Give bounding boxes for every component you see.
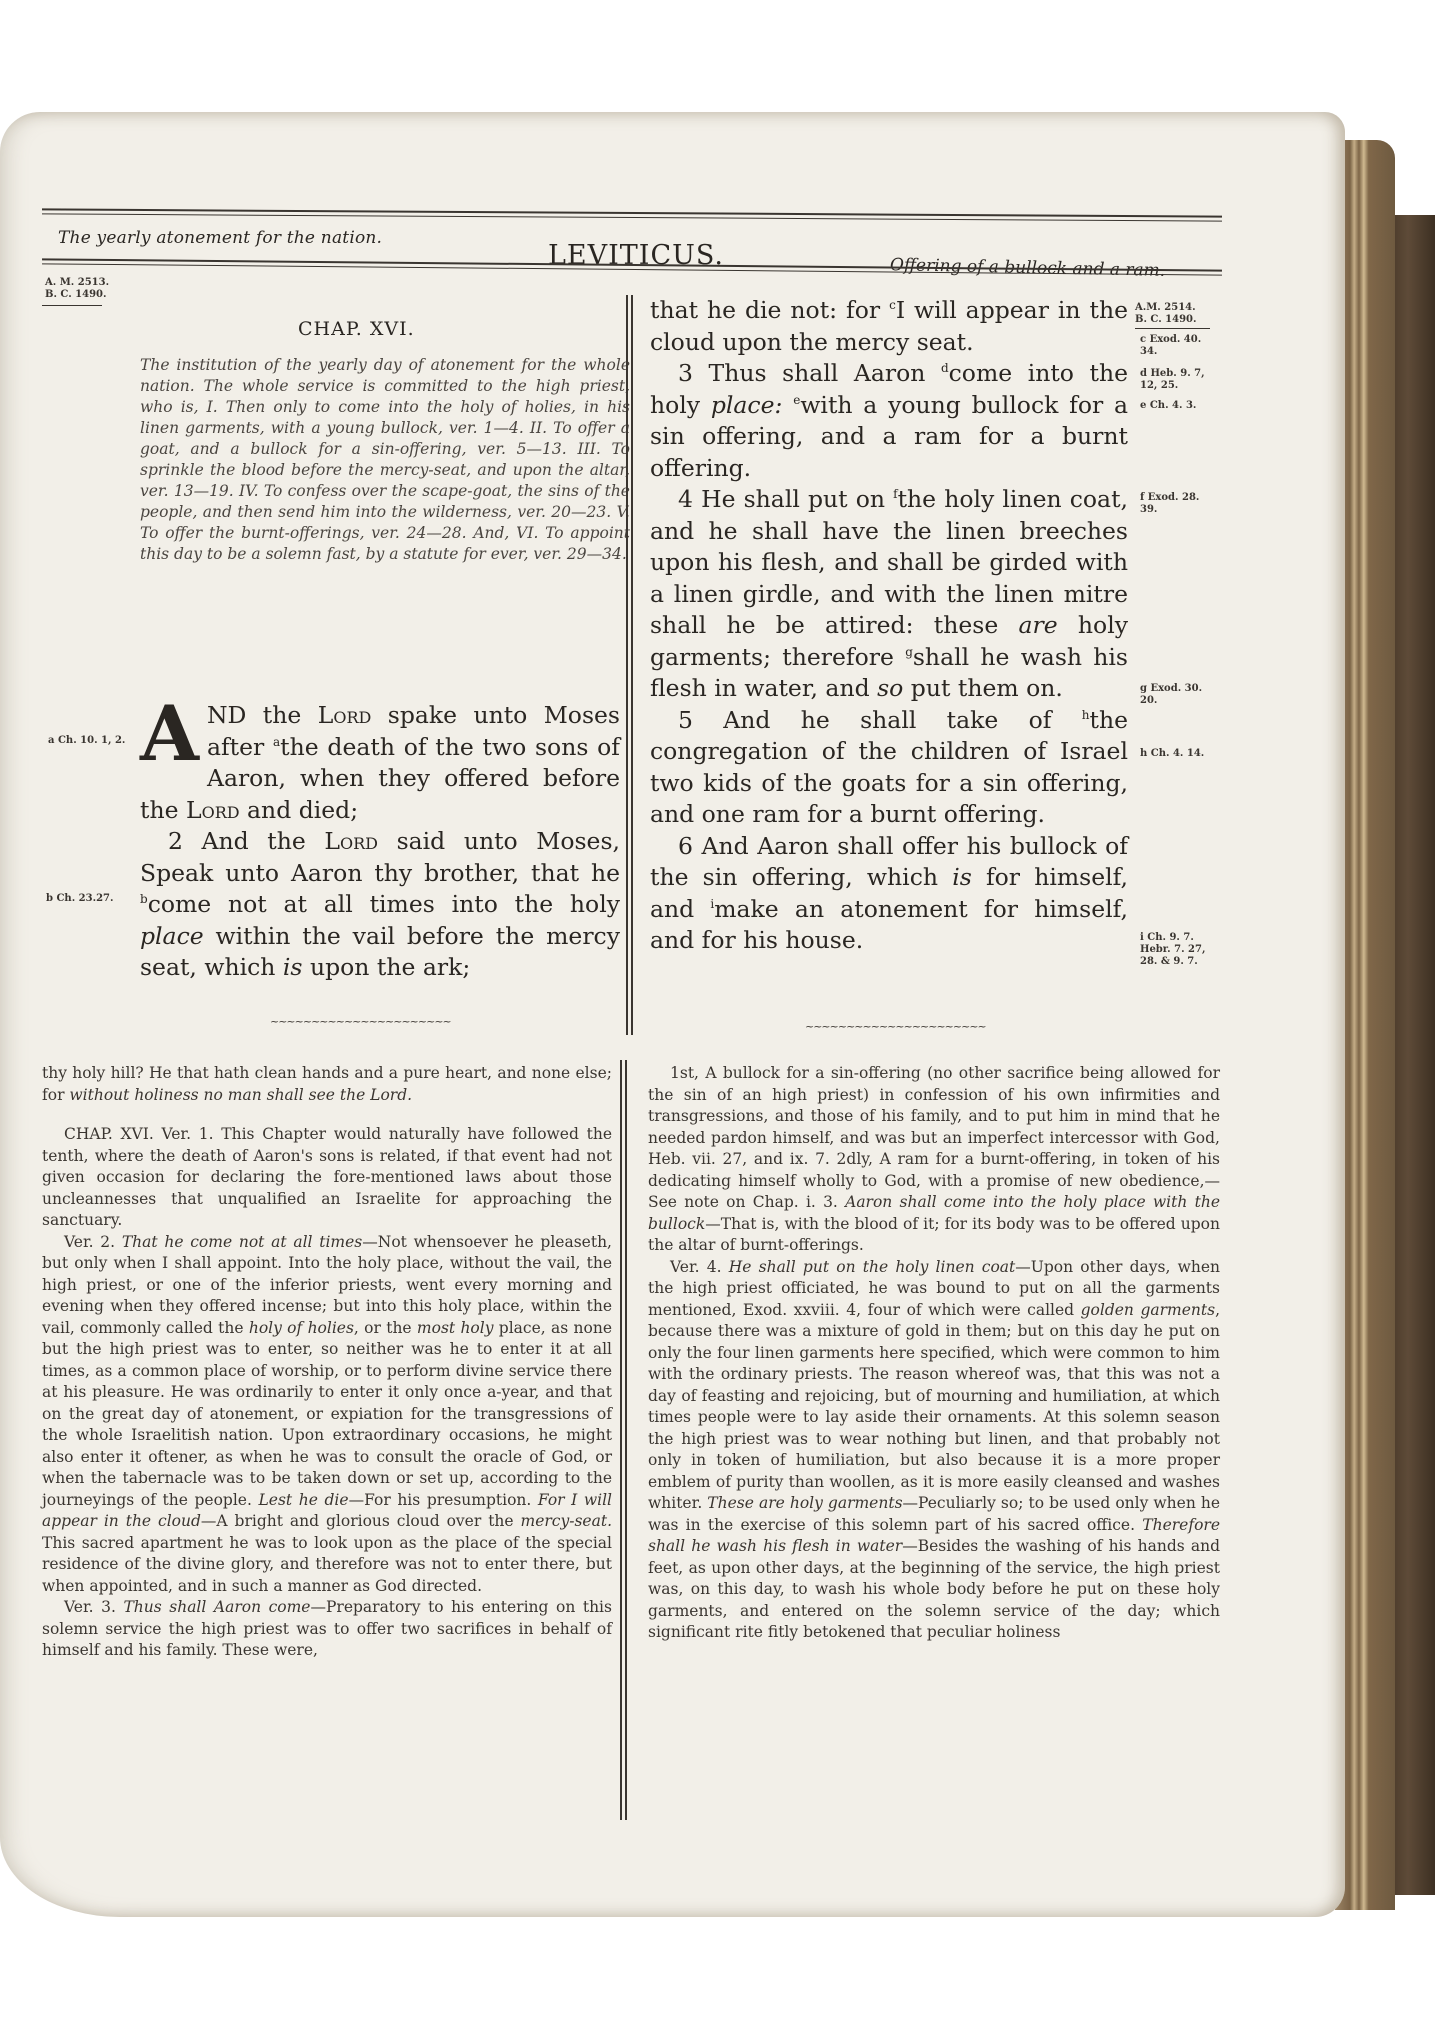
running-head-left: The yearly atonement for the nation.: [58, 228, 382, 248]
margin-date-left: A. M. 2513. B. C. 1490.: [45, 277, 109, 301]
book-cover: [1390, 215, 1435, 1895]
commentary-left: thy holy hill? He that hath clean hands …: [42, 1063, 612, 1662]
verse-5: 5 And he shall take of hthe congregation…: [650, 705, 1128, 831]
margin-date-right: A.M. 2514. B. C. 1490.: [1135, 302, 1196, 326]
ornament-divider-right: ~~~~~~~~~~~~~~~~~~~~~~: [805, 1020, 986, 1033]
marginal-ref-i: i Ch. 9. 7. Hebr. 7. 27, 28. & 9. 7.: [1140, 932, 1210, 968]
verse-3: 3 Thus shall Aaron dcome into the holy p…: [650, 358, 1128, 484]
verse-1: AND the Lord spake unto Moses after athe…: [140, 700, 620, 826]
chapter-summary: The institution of the yearly day of ato…: [140, 355, 630, 565]
commentary-ver-2: Ver. 2. That he come not at all times—No…: [42, 1232, 612, 1598]
commentary-continuation: thy holy hill? He that hath clean hands …: [42, 1063, 612, 1106]
marginal-ref-e: e Ch. 4. 3.: [1140, 400, 1210, 412]
margin-am-year: A. M. 2513.: [45, 277, 109, 289]
commentary-chap-intro: CHAP. XVI. Ver. 1. This Chapter would na…: [42, 1124, 612, 1232]
marginal-ref-g: g Exod. 30. 20.: [1140, 683, 1215, 707]
verse-6: 6 And Aaron shall offer his bullock of t…: [650, 831, 1128, 957]
margin-date-right-rule: [1135, 328, 1210, 329]
marginal-ref-b: b Ch. 23.27.: [46, 893, 136, 905]
verse-2: 2 And the Lord said unto Moses, Speak un…: [140, 826, 620, 984]
commentary-ver-4: Ver. 4. He shall put on the holy linen c…: [648, 1257, 1220, 1644]
marginal-ref-d: d Heb. 9. 7, 12, 25.: [1140, 368, 1210, 392]
verses-left-column: AND the Lord spake unto Moses after athe…: [140, 700, 620, 984]
ornament-divider-left: ~~~~~~~~~~~~~~~~~~~~~~: [270, 1015, 451, 1028]
commentary-sacrifices: 1st, A bullock for a sin-offering (no ot…: [648, 1063, 1220, 1257]
marginal-ref-f: f Exod. 28. 39.: [1140, 492, 1210, 516]
ref-marker-b: b: [140, 892, 148, 906]
verses-right-column: that he die not: for cI will appear in t…: [650, 295, 1128, 957]
column-divider: [626, 295, 628, 1035]
commentary-divider: [620, 1060, 622, 1820]
column-divider-double: [631, 295, 633, 1035]
marginal-ref-a: a Ch. 10. 1, 2.: [48, 735, 128, 747]
margin-bc-year: B. C. 1490.: [45, 289, 109, 301]
commentary-divider-double: [625, 1060, 627, 1820]
verse-2-continued: that he die not: for cI will appear in t…: [650, 295, 1128, 358]
marginal-ref-c: c Exod. 40. 34.: [1140, 334, 1210, 358]
drop-cap: A: [140, 704, 199, 764]
verse-4: 4 He shall put on fthe holy linen coat, …: [650, 484, 1128, 705]
commentary-right: 1st, A bullock for a sin-offering (no ot…: [648, 1063, 1220, 1644]
margin-date-rule: [42, 305, 102, 306]
chapter-title: CHAP. XVI.: [298, 318, 415, 340]
marginal-ref-h: h Ch. 4. 14.: [1140, 748, 1215, 760]
commentary-ver-3: Ver. 3. Thus shall Aaron come—Preparator…: [42, 1597, 612, 1662]
